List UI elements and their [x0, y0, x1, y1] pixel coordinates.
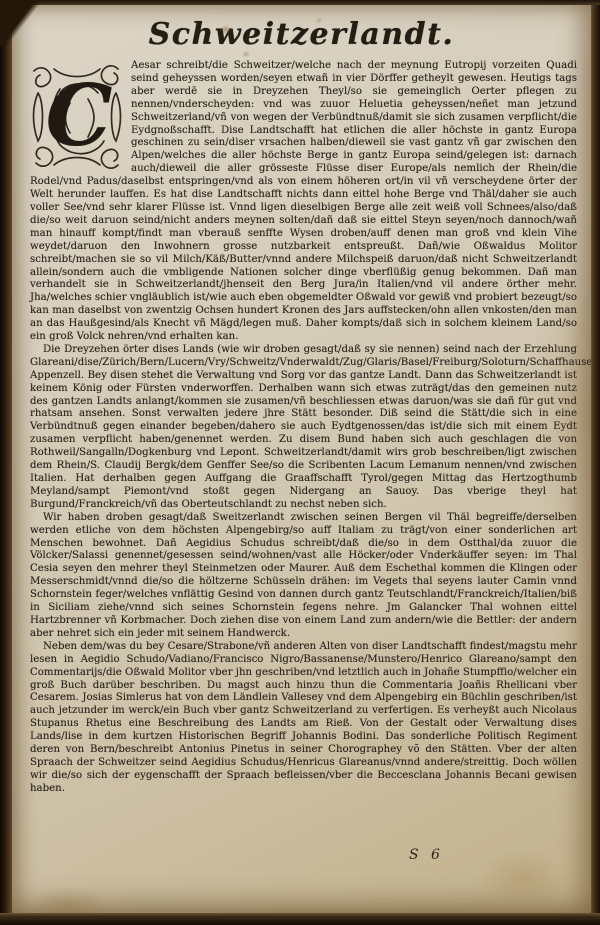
text-block: C Aesar schreibt/die Schweitzer/welche n…: [10, 58, 593, 796]
book-page: Schweitzerlandt.: [10, 4, 593, 915]
signature-mark: S 6: [10, 847, 593, 863]
paragraph-3: Wir haben droben gesagt/daß Sweitzerland…: [30, 512, 577, 641]
paragraph-4: Neben dem/was du bey Cesare/Strabone/vñ …: [30, 641, 577, 796]
page-edge-top: [0, 0, 600, 5]
binding-edge-left: [0, 0, 12, 925]
paragraph-2: Die Dreyzehen örter dises Lands (wie wir…: [30, 344, 577, 512]
drop-cap-ornament: C: [30, 63, 124, 171]
page-title: Schweitzerlandt.: [10, 4, 593, 58]
drop-cap: C: [30, 63, 124, 171]
book-photo: Schweitzerlandt.: [0, 0, 600, 925]
drop-cap-letter: C: [46, 66, 113, 165]
page-edge-bottom: [0, 913, 600, 925]
photo-corner-shadow: [0, 0, 70, 46]
paragraph-1: C Aesar schreibt/die Schweitzer/welche n…: [30, 60, 577, 344]
page-edge-right: [591, 0, 600, 925]
